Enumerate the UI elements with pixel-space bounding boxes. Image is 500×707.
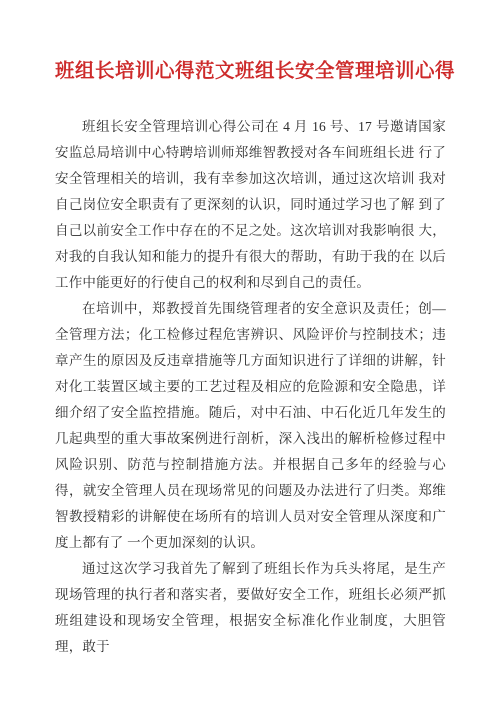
body-paragraph: 在培训中，郑教授首先围绕管理者的安全意识及责任；创— 全管理方法；化工检修过程危… xyxy=(55,296,446,556)
body-paragraph: 班组长安全管理培训心得公司在 4 月 16 号、17 号邀请国家安监总局培训中心… xyxy=(55,114,446,296)
body-paragraph: 通过这次学习我首先了解到了班组长作为兵头将尾，是生产 现场管理的执行者和落实者，… xyxy=(55,556,446,660)
document-body: 班组长安全管理培训心得公司在 4 月 16 号、17 号邀请国家安监总局培训中心… xyxy=(55,114,446,660)
document-page: 班组长培训心得范文班组长安全管理培训心得 班组长安全管理培训心得公司在 4 月 … xyxy=(0,0,500,707)
document-title: 班组长培训心得范文班组长安全管理培训心得 xyxy=(55,57,446,87)
